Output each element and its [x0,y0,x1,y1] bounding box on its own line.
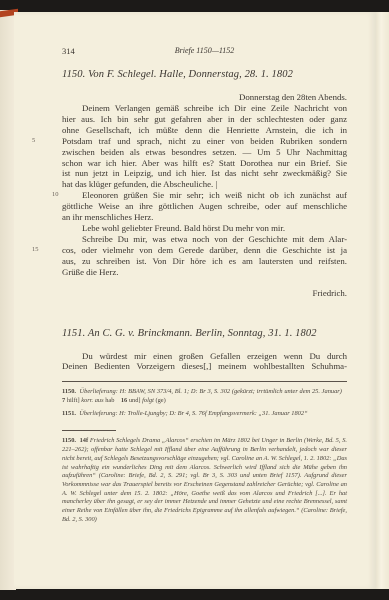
critical-apparatus: 1150. Überlieferung: H: BBAW, SN 373/4, … [62,388,347,418]
apparatus-entry-1151: 1151. Überlieferung: H: Trolle-Ljungby; … [62,410,347,419]
text-line: Schreibe Du mir, was etwa noch von der G… [62,234,347,245]
text-line: ist nun jetzt in Leipzig, und ich hier. … [62,168,347,179]
letter-1151-body: Du würdest mir einen großen Gefallen erz… [62,351,347,373]
text-line: Deinem Verlangen gemäß schreibe ich Dir … [62,103,347,114]
apparatus-divider [62,381,347,382]
text-line: hat das klüger gefunden, die Abscheulich… [62,179,347,190]
letter-1151-heading: 1151. An C. G. v. Brinckmann. Berlin, So… [62,328,347,339]
text-line: schon war ich hier. Aber was hilft es? S… [62,158,347,169]
text-line: 10Eleonoren grüßen Sie mir sehr; ich wei… [62,190,347,201]
text-line: Du würdest mir einen großen Gefallen erz… [62,351,347,362]
text-line: Grüße die Herz. [62,267,347,278]
line-number: 5 [32,136,35,147]
letter-1150-dateline: Donnerstag den 28ten Abends. [62,92,347,103]
text-line: Deinen Bedienten Vorzeigern dieses[,] me… [62,361,347,372]
letter-1150-signature: Friedrich. [62,288,347,298]
text-line: an ihr menschliches Herz. [62,212,347,223]
text-line: göttliche Weise an ihre göttlichen Augen… [62,201,347,212]
text-line: hier aus. Ich bin sehr gut gefahren aber… [62,114,347,125]
text-line: 5Potsdam traf und sprach, nicht zu einer… [62,136,347,147]
page-stack-edge [376,12,389,589]
commentary-divider [62,430,116,431]
line-number: 10 [32,190,59,201]
page-content: 314 Briefe 1150—1152 1150. Von F. Schleg… [62,46,347,528]
apparatus-entry-1150: 1150. Überlieferung: H: BBAW, SN 373/4, … [62,388,347,405]
letter-1150-heading: 1150. Von F. Schlegel. Halle, Donnerstag… [62,69,347,80]
text-line: 15cos, oder vielmehr von dem Gerede darü… [62,245,347,256]
running-head: 314 Briefe 1150—1152 [62,46,347,60]
line-number: 15 [32,245,39,256]
running-title: Briefe 1150—1152 [62,46,347,55]
text-line: ohne Gesellschaft, ich müßte denn die He… [62,125,347,136]
text-line: aus, zu schreiben ist. Von Dir höre ich … [62,256,347,267]
letter-1150-body: Deinem Verlangen gemäß schreibe ich Dir … [62,103,347,278]
commentary-entry-1150: 1150. 14f Friedrich Schlegels Drama „Ala… [62,437,347,524]
commentary: 1150. 14f Friedrich Schlegels Drama „Ala… [62,437,347,524]
text-line: zwischen beiden als etwas besondres setz… [62,147,347,158]
text-line: Lebe wohl geliebter Freund. Bald hörst D… [62,223,347,234]
